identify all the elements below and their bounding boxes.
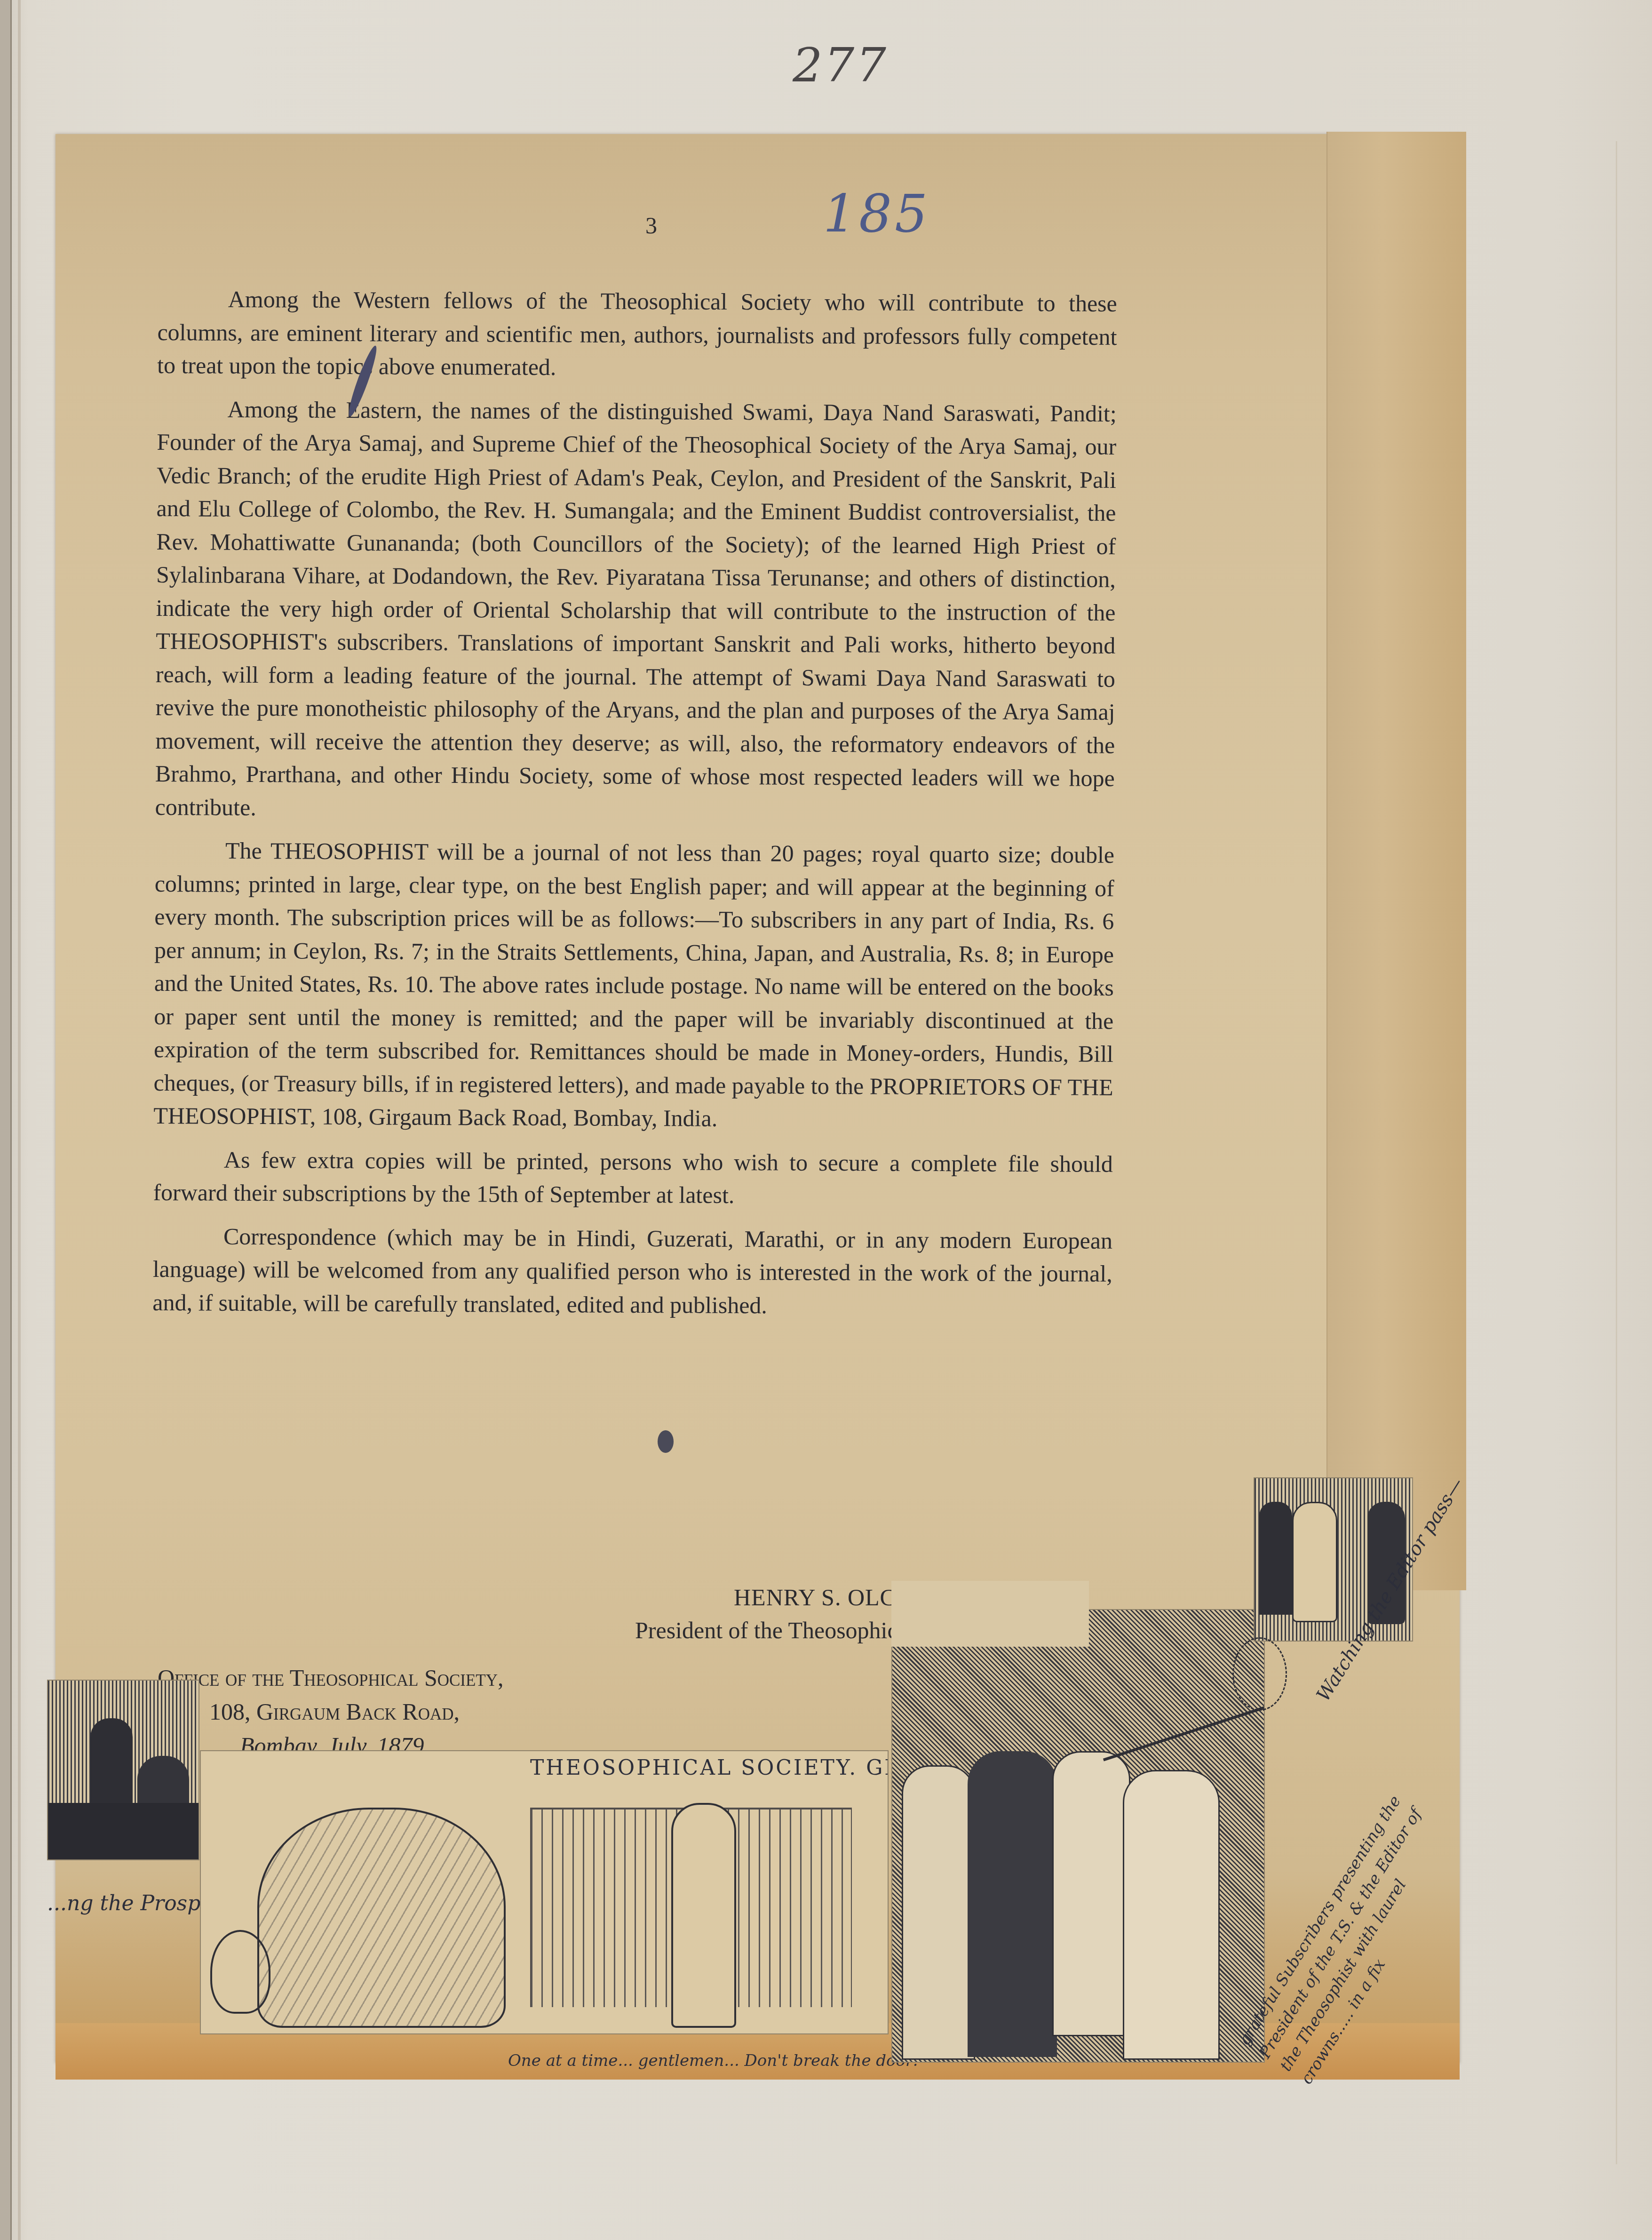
left-engraving-clipping — [47, 1680, 199, 1860]
album-margin-rule — [1616, 141, 1617, 2164]
club-icon — [1103, 1706, 1265, 1762]
album-binding-edge — [0, 0, 12, 2240]
center-cartoon-caption: One at a time... gentlemen... Don't brea… — [508, 2051, 920, 2070]
office-line-1: Office of the Theosophical Society, — [158, 1661, 504, 1695]
paragraph-eastern-contributors: Among the Eastern, the names of the dist… — [155, 392, 1116, 828]
cartoon-header: THEOSOPHICAL SOCIETY. GIRGAUM. — [530, 1756, 889, 1780]
editor-engraving-clipping — [1254, 1477, 1413, 1642]
signature-clipping-overlay — [891, 1581, 1089, 1647]
laurel-wreath-icon — [1232, 1637, 1287, 1711]
ink-blot-mark — [658, 1430, 674, 1453]
crowd-figure-icon — [968, 1751, 1057, 2057]
crowd-figure-icon — [902, 1765, 975, 2060]
office-address: Office of the Theosophical Society, 108,… — [158, 1661, 504, 1762]
center-cartoon-clipping: THEOSOPHICAL SOCIETY. GIRGAUM. — [200, 1750, 889, 2034]
prospectus-body: Among the Western fellows of the Theosop… — [152, 282, 1117, 1334]
album-binding-rule — [18, 0, 21, 2240]
victim-figure-icon — [1052, 1751, 1130, 2036]
paragraph-subscription-terms: The THEOSOPHIST will be a journal of not… — [153, 834, 1114, 1137]
album-page-number: 277 — [793, 38, 888, 93]
attacker-figure-icon — [1123, 1770, 1220, 2060]
pasted-paper-strip — [1326, 132, 1466, 1590]
paragraph-correspondence: Correspondence (which may be in Hindi, G… — [152, 1219, 1112, 1323]
office-line-2: 108, Girgaum Back Road, — [158, 1695, 504, 1729]
money-bag-icon — [210, 1930, 270, 2014]
crowd-of-subscribers-icon — [257, 1808, 506, 2028]
policeman-figure-icon — [671, 1803, 736, 2028]
gentleman-figure-icon — [1259, 1502, 1292, 1615]
crowd-mass-icon — [48, 1803, 199, 1859]
folio-number: 185 — [823, 183, 930, 244]
printed-page-number: 3 — [645, 212, 657, 239]
paragraph-western-fellows: Among the Western fellows of the Theosop… — [157, 282, 1117, 386]
paragraph-extra-copies: As few extra copies will be printed, per… — [153, 1142, 1113, 1213]
lady-figure-icon — [1292, 1502, 1337, 1622]
scuffle-engraving-clipping — [891, 1609, 1265, 2063]
